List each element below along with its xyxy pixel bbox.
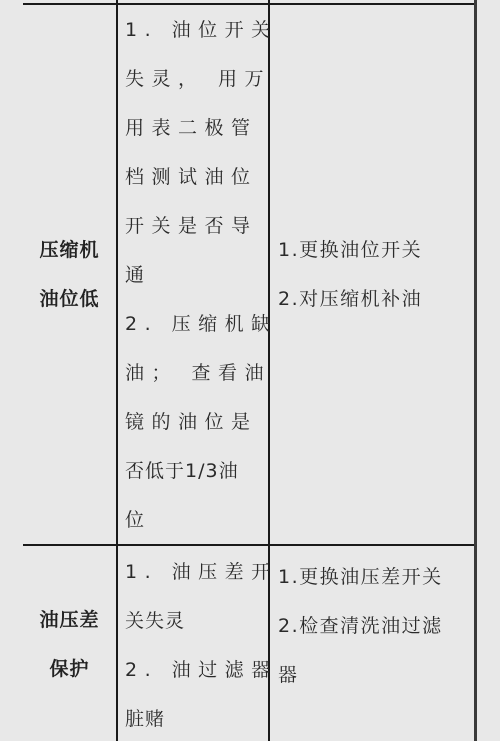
cause-line: 否低于1/3油 [125, 447, 267, 496]
cause-line: 2. 油过滤器 [125, 646, 267, 695]
cause-line: 档测试油位 [125, 153, 267, 202]
cause-line: 用表二极管 [125, 104, 267, 153]
fault-label-line: 油位低 [23, 275, 116, 324]
fault-cell-oil-pressure-diff: 油压差 保护 [23, 596, 116, 694]
column-divider-1 [116, 0, 118, 741]
cause-line: 脏赌 [125, 695, 267, 741]
cause-line: 位 [125, 496, 267, 545]
solution-line: 器 [278, 651, 473, 700]
cause-line: 油； 查看油 [125, 349, 267, 398]
cause-line: 1. 油压差开 [125, 548, 267, 597]
cause-line: 失灵， 用万 [125, 55, 267, 104]
solution-cell-oil-pressure-diff: 1.更换油压差开关 2.检查清洗油过滤 器 [278, 553, 473, 700]
cause-line: 1. 油位开关 [125, 6, 267, 55]
solution-line: 2.检查清洗油过滤 [278, 602, 473, 651]
cause-line: 开关是否导 [125, 202, 267, 251]
table-right-border [474, 0, 477, 741]
fault-label-line: 油压差 [23, 596, 116, 645]
cause-line: 2. 压缩机缺 [125, 300, 267, 349]
solution-cell-oil-level-low: 1.更换油位开关 2.对压缩机补油 [278, 226, 473, 324]
solution-line: 1.更换油压差开关 [278, 553, 473, 602]
cause-line: 关失灵 [125, 597, 267, 646]
cause-line: 镜的油位是 [125, 398, 267, 447]
cause-cell-oil-level-low: 1. 油位开关 失灵， 用万 用表二极管 档测试油位 开关是否导 通 2. 压缩… [125, 6, 267, 545]
fault-label-line: 压缩机 [23, 226, 116, 275]
solution-line: 1.更换油位开关 [278, 226, 473, 275]
fault-cell-oil-level-low: 压缩机 油位低 [23, 226, 116, 324]
cause-cell-oil-pressure-diff: 1. 油压差开 关失灵 2. 油过滤器 脏赌 [125, 548, 267, 741]
fault-label-line: 保护 [23, 645, 116, 694]
cause-line: 通 [125, 251, 267, 300]
table-top-border [23, 3, 476, 5]
solution-line: 2.对压缩机补油 [278, 275, 473, 324]
